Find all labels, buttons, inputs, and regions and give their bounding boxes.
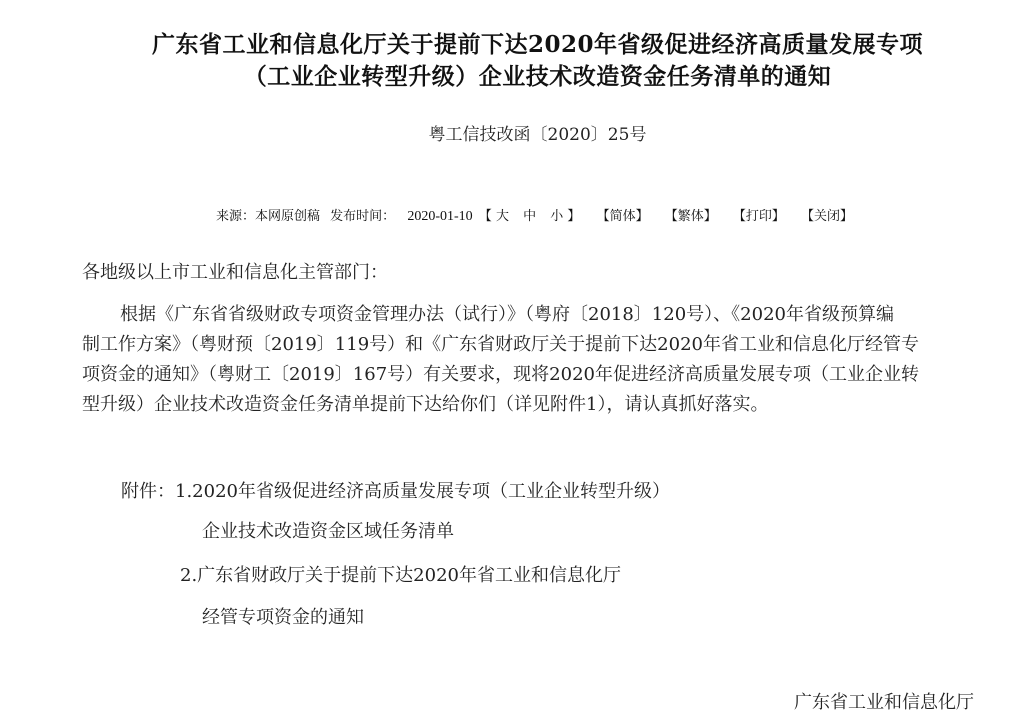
bracket-close: 】 bbox=[567, 205, 580, 224]
publish-date: 2020-01-10 bbox=[407, 209, 472, 225]
article-meta-bar: 来源：本网原创稿 发布时间： 2020-01-10 【 大 中 小 】 【简体】… bbox=[216, 205, 853, 225]
title-line-1: 广东省工业和信息化厅关于提前下达2020年省级促进经济高质量发展专项 bbox=[0, 30, 1031, 60]
print-link[interactable]: 【打印】 bbox=[733, 205, 785, 224]
attachments-label: 附件： bbox=[121, 481, 175, 502]
salutation: 各地级以上市工业和信息化主管部门： bbox=[82, 258, 388, 288]
attachment-2-title-continued[interactable]: 经管专项资金的通知 bbox=[202, 603, 364, 633]
traditional-chinese-link[interactable]: 【繁体】 bbox=[665, 205, 717, 224]
document-number: 粤工信技改函〔2020〕25号 bbox=[0, 120, 1031, 145]
close-link[interactable]: 【关闭】 bbox=[801, 205, 853, 224]
bracket-open: 【 bbox=[479, 205, 492, 224]
source-label: 来源：本网原创稿 bbox=[216, 205, 320, 224]
font-size-large-link[interactable]: 大 bbox=[496, 205, 509, 224]
body-line: 项资金的通知》（粤财工〔2019〕167号）有关要求，现将2020年促进经济高质… bbox=[82, 360, 919, 390]
font-size-controls: 【 大 中 小 】 bbox=[479, 205, 581, 224]
body-line: 型升级）企业技术改造资金任务清单提前下达给你们（详见附件1），请认真抓好落实。 bbox=[82, 390, 768, 420]
body-line: 制工作方案》（粤财预〔2019〕119号）和《广东省财政厅关于提前下达2020年… bbox=[82, 330, 919, 360]
simplified-chinese-link[interactable]: 【简体】 bbox=[597, 205, 649, 224]
title-line-2: （工业企业转型升级）企业技术改造资金任务清单的通知 bbox=[0, 62, 1031, 92]
attachment-item-1[interactable]: 附件：1.2020年省级促进经济高质量发展专项（工业企业转型升级） bbox=[121, 477, 670, 507]
font-size-small-link[interactable]: 小 bbox=[550, 205, 563, 224]
body-line: 根据《广东省省级财政专项资金管理办法（试行）》（粤府〔2018〕120号）、《2… bbox=[120, 300, 894, 330]
attachment-1-title-continued[interactable]: 企业技术改造资金区域任务清单 bbox=[202, 517, 454, 547]
font-size-medium-link[interactable]: 中 bbox=[523, 205, 536, 224]
publish-label: 发布时间： bbox=[330, 205, 395, 224]
attachment-1-title[interactable]: 1.2020年省级促进经济高质量发展专项（工业企业转型升级） bbox=[175, 481, 670, 502]
issuer-signature: 广东省工业和信息化厅 bbox=[794, 688, 974, 718]
attachment-item-2[interactable]: 2.广东省财政厅关于提前下达2020年省工业和信息化厅 bbox=[180, 561, 621, 591]
